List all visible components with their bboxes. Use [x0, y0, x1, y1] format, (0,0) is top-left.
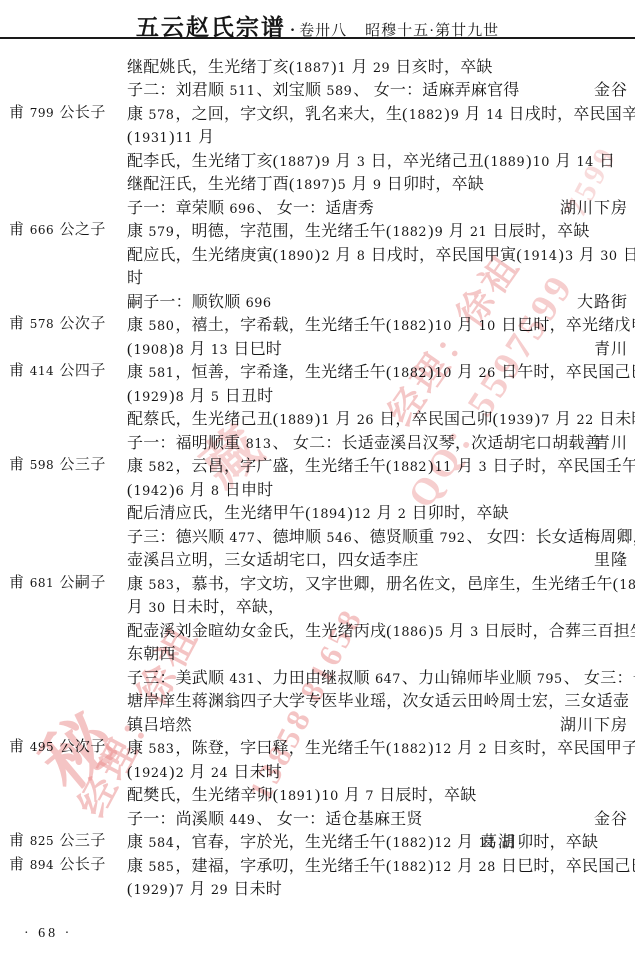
- record-line: (1931)11 月: [127, 124, 214, 147]
- margin-label: 甫 414 公四子: [9, 359, 106, 380]
- numeral: 8: [175, 343, 186, 358]
- numeral: 495: [29, 740, 55, 754]
- numeral: 1931: [133, 131, 170, 146]
- numeral: 1882: [391, 319, 428, 334]
- numeral: 511: [228, 84, 256, 99]
- numeral: 6: [175, 484, 186, 499]
- record-line: 子一：尚溪顺 449、 女一：适仓基麻王贤: [127, 806, 423, 829]
- numeral: 26: [356, 413, 375, 428]
- record-line: 康 579，明德，字范围，生光绪壬午(1882)9 月 21 日辰时，卒缺: [127, 218, 590, 241]
- numeral: 3: [356, 155, 367, 170]
- numeral: 1882: [408, 108, 445, 123]
- numeral: 825: [29, 834, 55, 848]
- record-line: 康 580，禧土，字希载，生光绪壬午(1882)10 月 10 日巳时，卒光绪戊…: [127, 312, 635, 335]
- record-line: 康 583，慕书，字文坊，又字世卿，册名佐文，邑庠生，生光绪壬午(1882)11: [127, 571, 635, 594]
- place-label: 青川: [594, 430, 628, 453]
- numeral: 8: [210, 484, 221, 499]
- numeral: 12: [434, 860, 453, 875]
- margin-label: 甫 825 公三子: [9, 829, 106, 850]
- record-line: 康 583，陈登，字曰释，生光绪壬午(1882)12 月 2 日亥时，卒民国甲子: [127, 735, 635, 758]
- record-line: 月 30 日未时，卒缺，: [127, 594, 284, 617]
- numeral: 681: [29, 576, 55, 590]
- numeral: 9: [372, 178, 383, 193]
- record-line: 子一：福明顺重 813、 女二：长适壶溪吕汉琴，次适胡宅口胡载善: [127, 430, 601, 453]
- record-line: 继配姚氏，生光绪丁亥(1887)1 月 29 日亥时，卒缺: [127, 54, 493, 77]
- numeral: 5: [210, 390, 221, 405]
- numeral: 13: [210, 343, 229, 358]
- margin-label: 甫 598 公三子: [9, 453, 106, 474]
- record-line: 壶溪吕立明，三女适胡宅口，四女适李庄: [127, 547, 419, 570]
- record-line: 东朝西: [127, 641, 176, 664]
- numeral: 26: [478, 366, 497, 381]
- numeral: 5: [434, 625, 445, 640]
- numeral: 813: [245, 437, 273, 452]
- numeral: 792: [439, 531, 467, 546]
- numeral: 1894: [311, 507, 348, 522]
- numeral: 1882: [391, 460, 428, 475]
- numeral: 10: [478, 319, 497, 334]
- record-line: 时: [127, 265, 143, 288]
- record-line: 康 585，建福，字承叨，生光绪壬午(1882)12 月 28 日巳时，卒民国己…: [127, 853, 635, 876]
- record-line: (1908)8 月 13 日巳时: [127, 336, 282, 359]
- numeral: 2: [175, 766, 186, 781]
- numeral: 795: [536, 672, 564, 687]
- page-number: · 68 ·: [24, 926, 72, 942]
- place-label: 湖川下房: [560, 195, 628, 218]
- record-line: 塘岸庠生蒋渊翁四子大学专医毕业瑶，次女适云田岭周士宏，三女适壶: [127, 688, 629, 711]
- record-line: 康 582，云昌，字广盛，生光绪壬午(1882)11 月 3 日子时，卒民国壬午: [127, 453, 635, 476]
- record-line: (1924)2 月 24 日未时: [127, 759, 282, 782]
- record-line: 继配汪氏，生光绪丁酉(1897)5 月 9 日卯时，卒缺: [127, 171, 484, 194]
- numeral: 449: [228, 813, 256, 828]
- numeral: 477: [228, 531, 256, 546]
- record-line: 配蔡氏，生光绪己丑(1889)1 月 26 日，卒民国己卯(1939)7 月 2…: [127, 406, 635, 429]
- record-line: 子三：德兴顺 477、德坤顺 546、德贤顺重 792、 女四：长女适梅周卿，次…: [127, 524, 635, 547]
- numeral: 696: [245, 296, 273, 311]
- numeral: 24: [210, 766, 229, 781]
- numeral: 666: [29, 223, 55, 237]
- numeral: 1908: [133, 343, 170, 358]
- record-line: 嗣子一：顺钦顺 696: [127, 289, 273, 312]
- numeral: 1914: [522, 249, 559, 264]
- numeral: 8: [356, 249, 367, 264]
- numeral: 1897: [295, 178, 332, 193]
- record-line: 康 581，恒善，字希逢，生光绪壬午(1882)10 月 26 日午时，卒民国己…: [127, 359, 635, 382]
- place-label: 湖川下房: [560, 712, 628, 735]
- numeral: 14: [576, 155, 595, 170]
- numeral: 22: [576, 413, 595, 428]
- numeral: 2: [478, 742, 489, 757]
- numeral: 3: [478, 460, 489, 475]
- numeral: 1882: [391, 366, 428, 381]
- numeral: 578: [147, 108, 175, 123]
- place-label: 里隆: [594, 547, 628, 570]
- numeral: 799: [29, 106, 55, 120]
- numeral: 9: [450, 108, 461, 123]
- numeral: 10: [320, 789, 339, 804]
- numeral: 30: [599, 249, 618, 264]
- record-line: 子一：章荣顺 696、 女一：适唐秀: [127, 195, 374, 218]
- watermark-fragment: QQ：5597599: [391, 260, 584, 517]
- numeral: 5: [337, 178, 348, 193]
- numeral: 9: [320, 155, 331, 170]
- numeral: 2: [320, 249, 331, 264]
- numeral: 582: [147, 460, 175, 475]
- place-label: 青川: [594, 336, 628, 359]
- numeral: 7: [540, 413, 551, 428]
- numeral: 30: [147, 601, 166, 616]
- record-line: 镇吕培然: [127, 712, 192, 735]
- numeral: 1889: [278, 413, 315, 428]
- numeral: 1890: [278, 249, 315, 264]
- header-rule: [0, 37, 635, 39]
- numeral: 583: [147, 742, 175, 757]
- record-line: (1929)8 月 5 日丑时: [127, 383, 273, 406]
- numeral: 8: [175, 390, 186, 405]
- numeral: 894: [29, 858, 55, 872]
- numeral: 1882: [391, 860, 428, 875]
- numeral: 10: [434, 366, 453, 381]
- numeral: 580: [147, 319, 175, 334]
- numeral: 1886: [392, 625, 429, 640]
- numeral: 1887: [278, 155, 315, 170]
- numeral: 21: [469, 225, 488, 240]
- numeral: 2: [397, 507, 408, 522]
- numeral: 1889: [490, 155, 527, 170]
- numeral: 431: [228, 672, 256, 687]
- numeral: 584: [147, 836, 175, 851]
- record-line: (1929)7 月 29 日未时: [127, 876, 282, 899]
- numeral: 581: [147, 366, 175, 381]
- numeral: 7: [175, 883, 186, 898]
- numeral: 3: [564, 249, 575, 264]
- numeral: 589: [325, 84, 353, 99]
- record-line: 子二：刘君顺 511、刘宝顺 589、 女一：适麻弄麻官得: [127, 77, 520, 100]
- numeral: 10: [434, 319, 453, 334]
- margin-label: 甫 495 公次子: [9, 735, 106, 756]
- numeral: 10: [532, 155, 551, 170]
- record-line: 配应氏，生光绪庚寅(1890)2 月 8 日戌时，卒民国甲寅(1914)3 月 …: [127, 242, 635, 265]
- numeral: 579: [147, 225, 175, 240]
- numeral: 11: [175, 131, 194, 146]
- numeral: 1924: [133, 766, 170, 781]
- record-line: 配李氏，生光绪丁亥(1887)9 月 3 日，卒光绪己丑(1889)10 月 1…: [127, 148, 615, 171]
- numeral: 1882: [391, 836, 428, 851]
- numeral: 12: [434, 742, 453, 757]
- record-line: 子三：美武顺 431、力田由继叔顺 647、力山锦师毕业顺 795、 女三：长女…: [127, 665, 635, 688]
- record-line: 康 584，官春，字於光，生光绪壬午(1882)12 月 11 日卯时，卒缺: [127, 829, 598, 852]
- place-label: 大路街: [577, 289, 628, 312]
- record-line: 康 578，之回，字文织，乳名来大，生(1882)9 月 14 日戌时，卒民国辛…: [127, 101, 635, 124]
- genealogy-page: 五云赵氏宗谱·卷卅八昭穆十五·第廿九世 继配姚氏，生光绪丁亥(1887)1 月 …: [0, 0, 635, 968]
- numeral: 414: [29, 364, 55, 378]
- record-line: 配樊氏，生光绪辛卯(1891)10 月 7 日辰时，卒缺: [127, 782, 476, 805]
- numeral: 1929: [133, 390, 170, 405]
- margin-label: 甫 681 公嗣子: [9, 571, 106, 592]
- numeral: 7: [364, 789, 375, 804]
- numeral: 1887: [295, 61, 332, 76]
- numeral: 12: [353, 507, 372, 522]
- margin-label: 甫 666 公之子: [9, 218, 106, 239]
- numeral: 1882: [391, 742, 428, 757]
- numeral: 1: [320, 413, 331, 428]
- numeral: 28: [478, 860, 497, 875]
- record-line: (1942)6 月 8 日申时: [127, 477, 273, 500]
- margin-label: 甫 894 公长子: [9, 853, 106, 874]
- numeral: 1942: [133, 484, 170, 499]
- numeral: 578: [29, 317, 55, 331]
- record-line: 配后清应氏，生光绪甲午(1894)12 月 2 日卯时，卒缺: [127, 500, 509, 523]
- numeral: 598: [29, 458, 55, 472]
- numeral: 546: [325, 531, 353, 546]
- numeral: 696: [228, 202, 256, 217]
- numeral: 12: [434, 836, 453, 851]
- place-label: 金谷: [594, 806, 628, 829]
- numeral: 1: [337, 61, 348, 76]
- numeral: 583: [147, 578, 175, 593]
- numeral: 1891: [278, 789, 315, 804]
- numeral: 11: [434, 460, 453, 475]
- numeral: 1939: [498, 413, 535, 428]
- numeral: 585: [147, 860, 175, 875]
- place-label: 金谷: [594, 77, 628, 100]
- numeral: 1882: [618, 578, 635, 593]
- margin-label: 甫 799 公长子: [9, 101, 106, 122]
- numeral: 29: [210, 883, 229, 898]
- numeral: 14: [485, 108, 504, 123]
- numeral: 3: [469, 625, 480, 640]
- margin-label: 甫 578 公次子: [9, 312, 106, 333]
- numeral: 29: [372, 61, 391, 76]
- record-line: 配壶溪刘金暄幼女金氏，生光绪丙戌(1886)5 月 3 日辰时，合葬三百担坐: [127, 618, 635, 641]
- place-label: 葛湖: [481, 829, 515, 852]
- numeral: 9: [434, 225, 445, 240]
- numeral: 1929: [133, 883, 170, 898]
- numeral: 1882: [391, 225, 428, 240]
- numeral: 647: [374, 672, 402, 687]
